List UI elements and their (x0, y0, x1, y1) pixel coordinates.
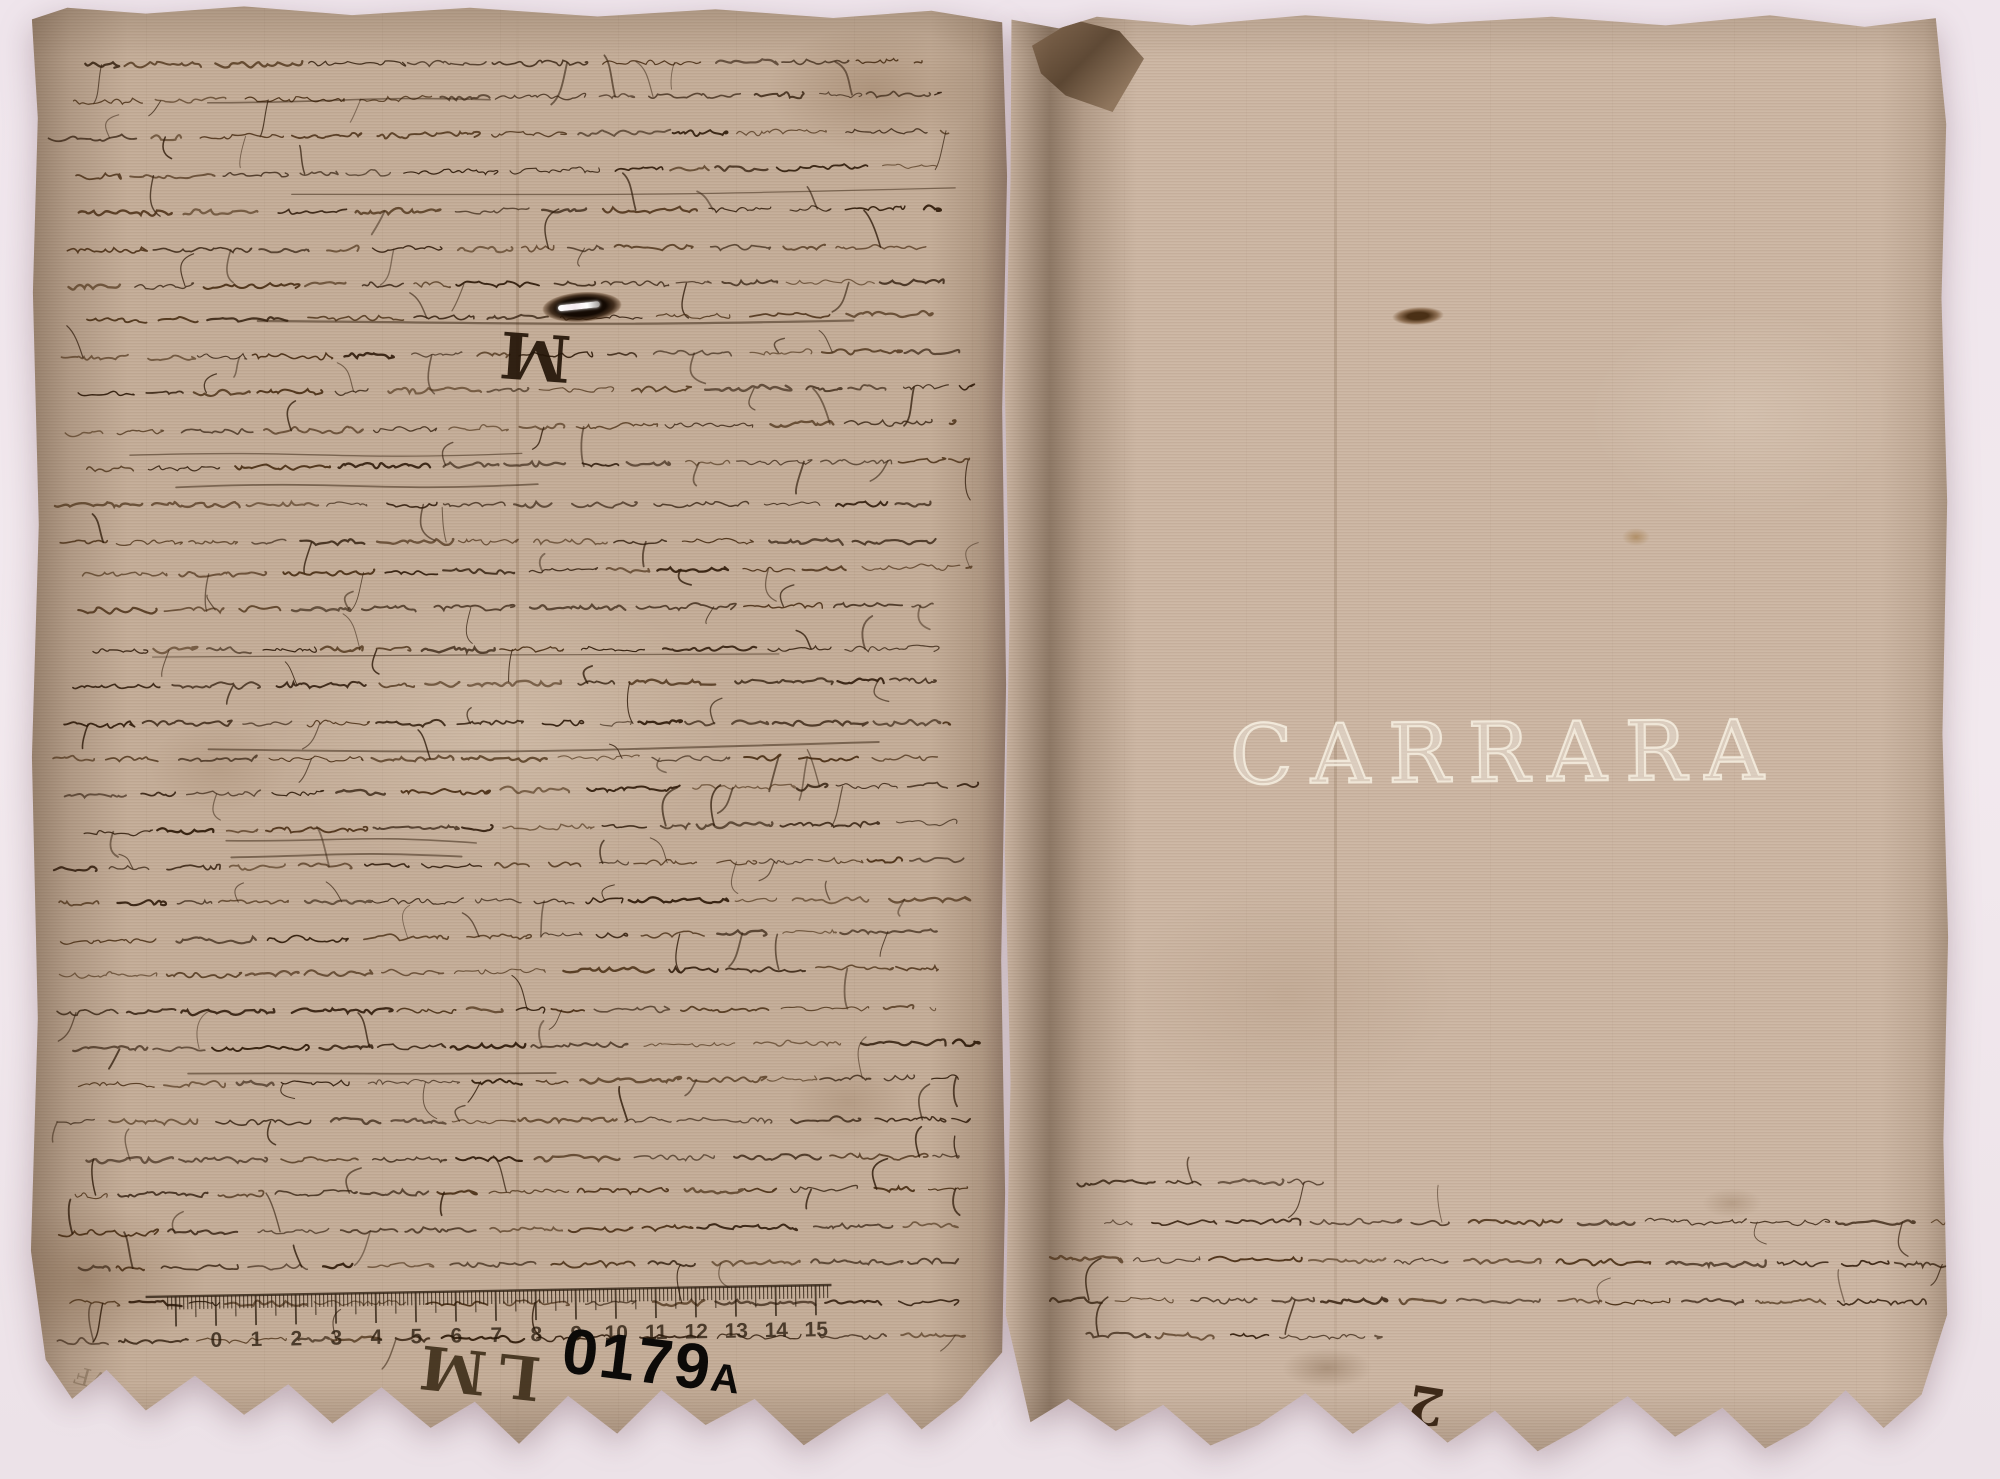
handwriting-text-right (1002, 8, 1950, 1460)
left-page-wrapper: M 0123456789101112131415 LM 0179A VF (28, 2, 1010, 1454)
handwriting-text-left (23, 0, 1015, 1457)
manuscript-scan: M 0123456789101112131415 LM 0179A VF CAR… (0, 0, 2000, 1479)
svg-text:3: 3 (330, 1327, 342, 1350)
svg-text:15: 15 (804, 1318, 828, 1341)
left-manuscript-page: M 0123456789101112131415 LM 0179A VF (28, 2, 1010, 1454)
paper-hole-glint (558, 301, 600, 311)
svg-text:2: 2 (290, 1327, 302, 1350)
lm-archival-mark: LM (405, 1329, 544, 1412)
svg-text:4: 4 (370, 1326, 382, 1349)
svg-text:0: 0 (210, 1329, 222, 1352)
svg-text:1: 1 (250, 1328, 262, 1351)
stamp-suffix: A (708, 1355, 744, 1402)
large-letter-m: M (497, 316, 573, 396)
right-page-wrapper: CARRARA 2 (1002, 8, 1950, 1460)
svg-text:14: 14 (764, 1319, 788, 1342)
right-manuscript-page: CARRARA 2 (1002, 8, 1950, 1460)
